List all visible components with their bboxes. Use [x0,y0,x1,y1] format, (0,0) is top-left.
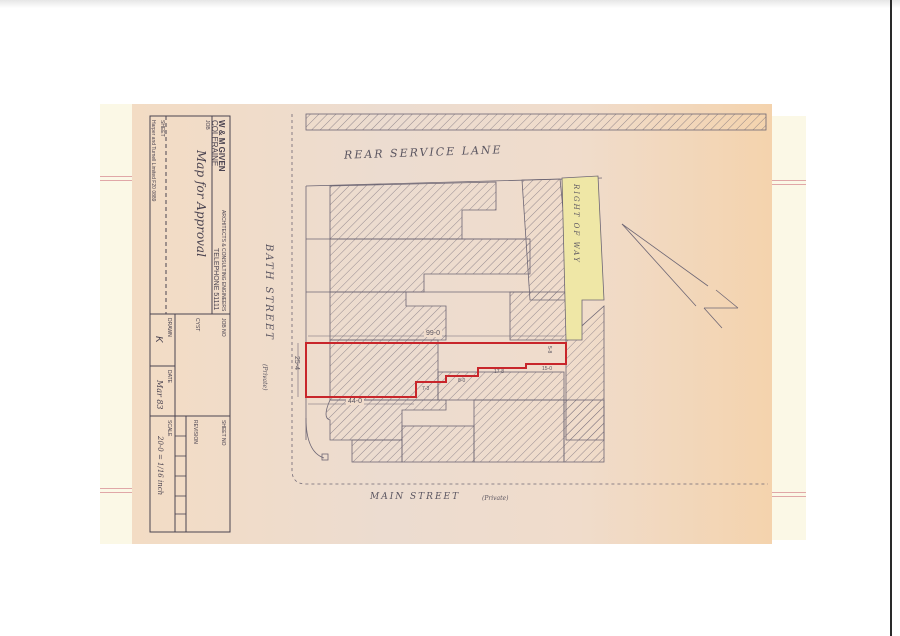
dimension-step-3: 17-8 [494,369,504,375]
right-of-way-label: RIGHT OF WAY [572,184,580,264]
date-label: DATE [166,370,172,383]
main-street-note: (Private) [482,495,508,502]
revision-grid [175,436,186,514]
main-street-label: MAIN STREET [370,492,460,502]
sheet-no-label: SHEET NO [220,420,226,445]
dimension-bottom-length: 44-0 [346,398,364,405]
dimension-step-1: 7-3 [422,386,429,392]
sheet-label: SHEET [159,120,165,137]
rear-boundary-hatch [306,114,766,130]
cyst-label: CYST [194,318,200,331]
site-plan-drawing [0,0,900,636]
firm-role: ARCHITECTS & CONSULTING ENGINEERS [220,210,226,311]
dimension-width: 25-4 [293,356,300,370]
dimension-step-2: 8-0 [458,378,465,384]
scale-label: SCALE [166,420,172,436]
job-label: JOB [204,120,210,130]
dimension-top-length: 99-0 [424,330,442,337]
dimension-end-width: 5-8 [546,346,552,353]
revision-label: REVISION [192,420,198,444]
telephone: TELEPHONE 51111 [212,248,219,310]
drawn-label: DRAWN [166,318,172,337]
scale-value: 20-0 = 1/16 inch [156,436,164,495]
bath-street-label: BATH STREET [263,244,274,341]
job-no-label: JOB NO [220,318,226,337]
date-value: Mar 83 [155,380,164,410]
printer-note: Harper and Turnell Limited F20 0889 [150,120,156,201]
job-title: Map for Approval [194,150,208,257]
drawn-value: K [153,336,164,343]
north-arrow-icon [622,224,738,328]
existing-buildings [326,179,604,462]
dimension-step-4: 15-0 [542,366,552,372]
firm-location: COLERAINE [210,120,219,166]
bath-street-note: (Private) [261,364,268,390]
